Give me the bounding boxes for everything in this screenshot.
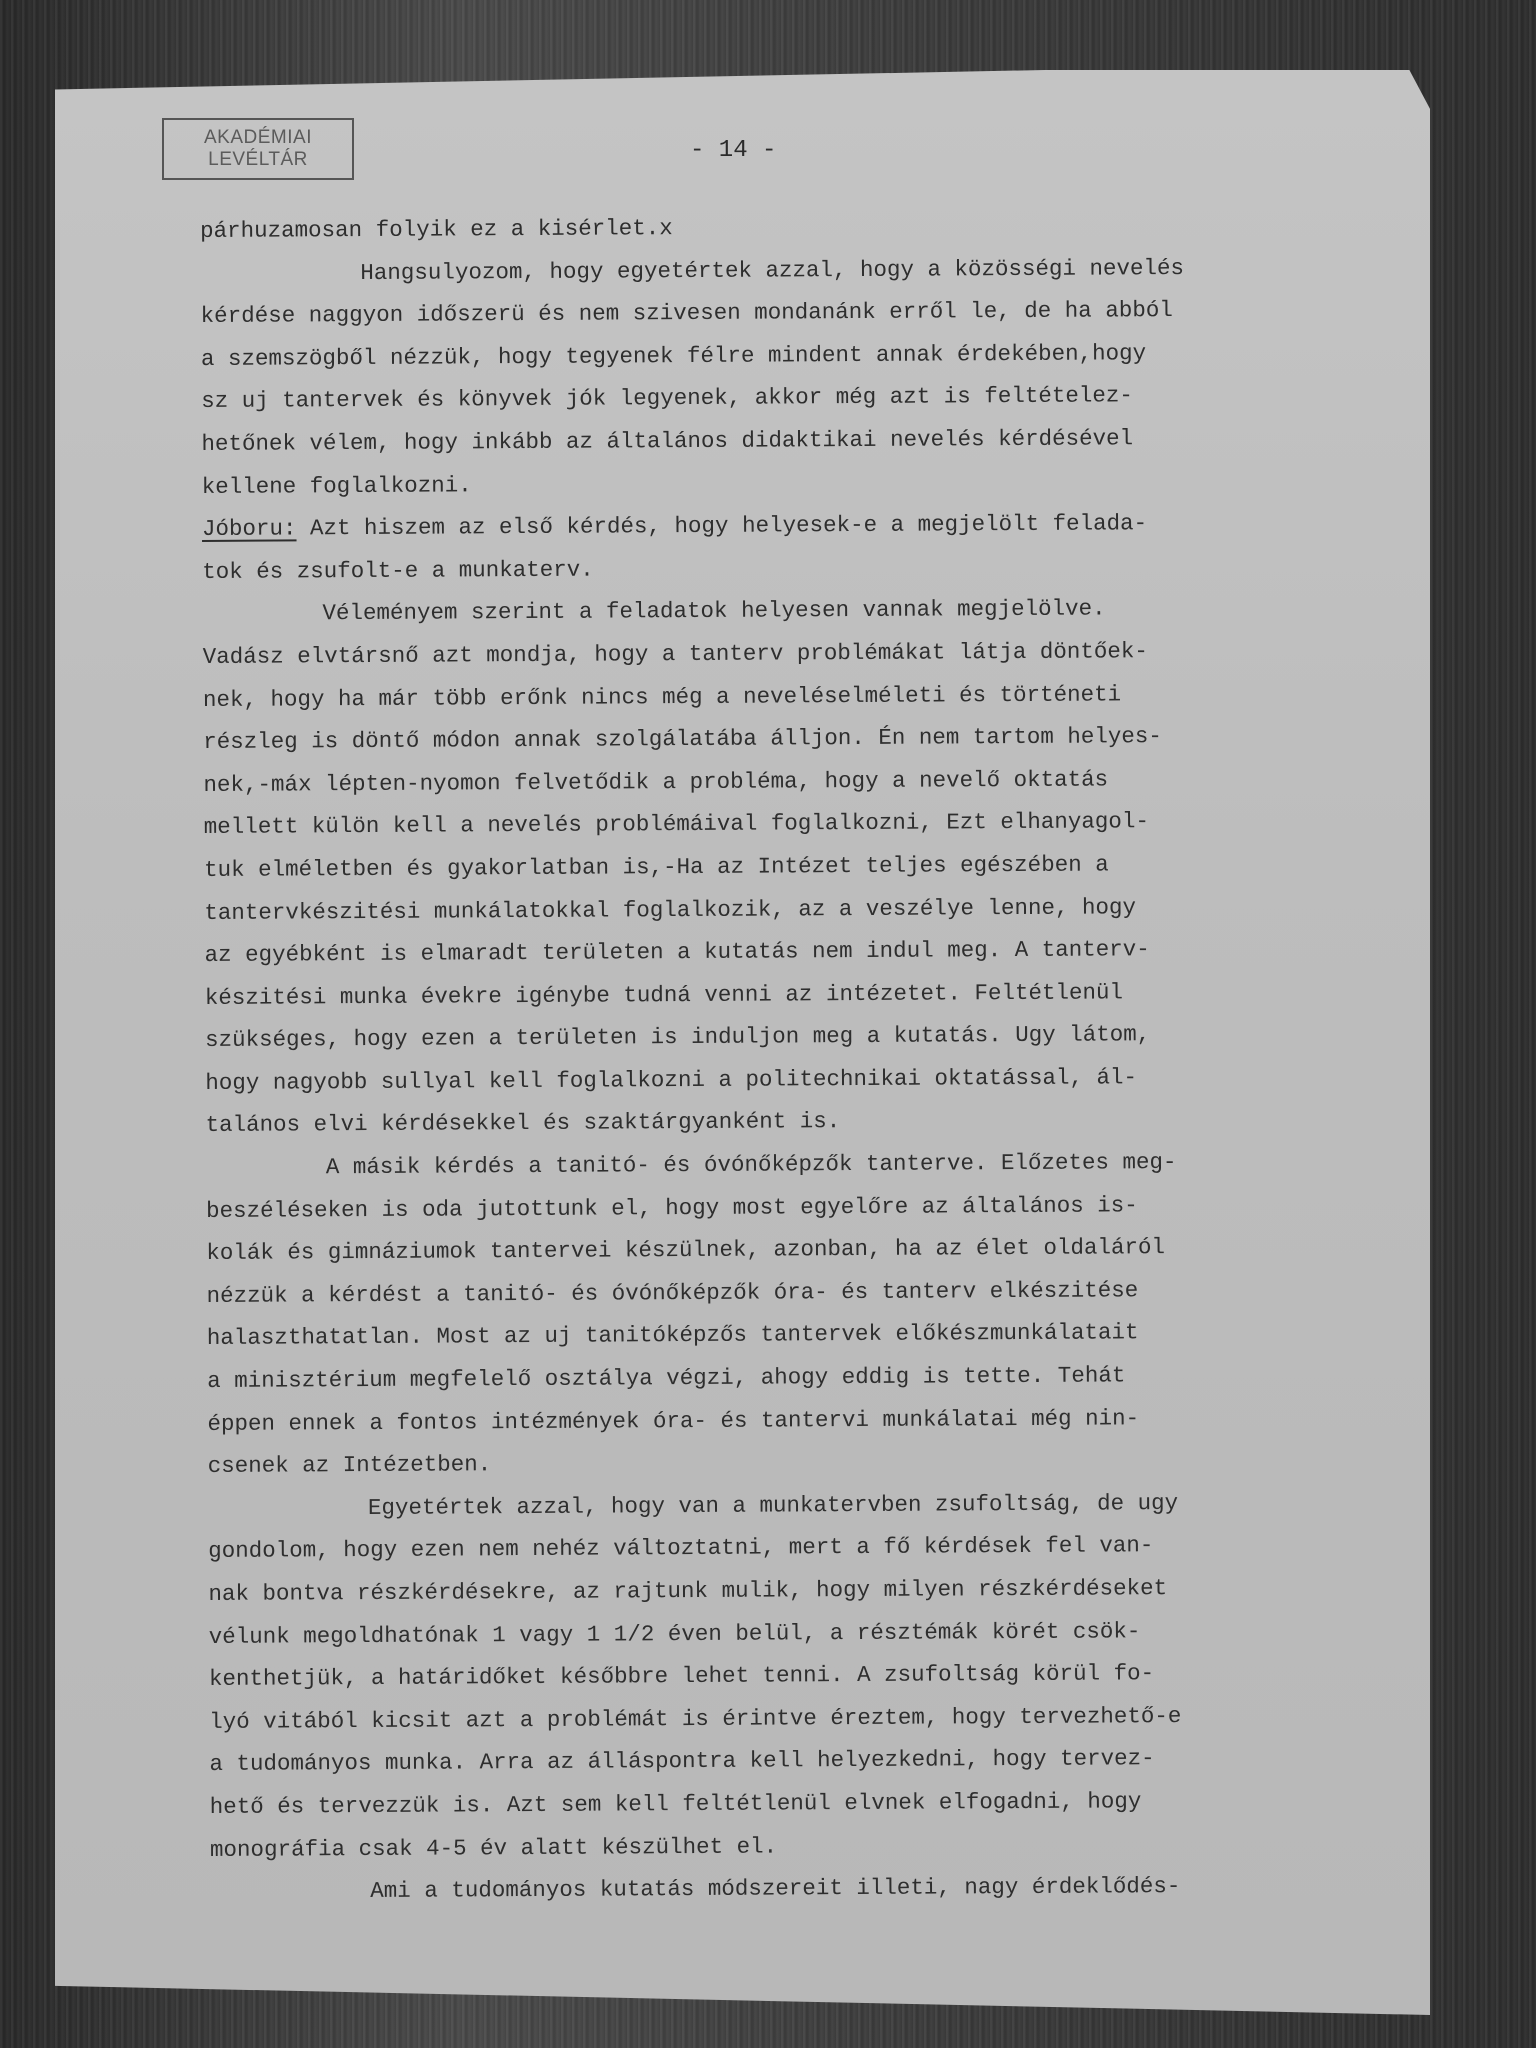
- text-line: kellene foglalkozni.: [202, 458, 1442, 508]
- speaker-name: Jóboru:: [202, 516, 297, 543]
- line-text: Ami a tudományos kutatás módszereit ille…: [370, 1873, 1180, 1904]
- text-line: az egyébként is elmaradt területen a kut…: [204, 927, 1444, 977]
- line-text: tok és zsufolt-e a munkaterv.: [202, 556, 594, 584]
- text-line: kolák és gimnáziumok tantervei készülnek…: [206, 1225, 1446, 1275]
- text-line: a tudományos munka. Arra az álláspontra …: [209, 1736, 1449, 1786]
- text-line: Jóboru: Azt hiszem az első kérdés, hogy …: [202, 501, 1442, 551]
- text-line: lyó vitából kicsit azt a problémát is ér…: [209, 1693, 1449, 1743]
- text-line: éppen ennek a fontos intézmények óra- és…: [207, 1395, 1447, 1445]
- line-text: a minisztérium megfelelő osztálya végzi,…: [207, 1362, 1125, 1394]
- line-text: beszéléseken is oda jutottunk el, hogy m…: [206, 1192, 1138, 1224]
- stamp-line-2: LEVÉLTÁR: [208, 149, 308, 171]
- text-line: csenek az Intézetben.: [208, 1438, 1448, 1488]
- line-text: tantervkészitési munkálatokkal foglalkoz…: [204, 894, 1136, 926]
- line-text: készitési munka évekre igénybe tudná ven…: [205, 979, 1123, 1011]
- text-line: nek, hogy ha már több erőnk nincs még a …: [203, 671, 1443, 721]
- text-line: talános elvi kérdésekkel és szaktárgyank…: [205, 1097, 1445, 1147]
- line-text: a tudományos munka. Arra az álláspontra …: [209, 1746, 1154, 1778]
- text-line: párhuzamosan folyik ez a kisérlet.x: [200, 202, 1440, 252]
- page-number: - 14 -: [690, 137, 776, 164]
- line-text: sz uj tantervek és könyvek jók legyenek,…: [201, 383, 1133, 415]
- line-text: gondolom, hogy ezen nem nehéz változtatn…: [208, 1533, 1153, 1565]
- line-text: a szemszögből nézzük, hogy tegyenek félr…: [201, 340, 1146, 372]
- line-text: nek, hogy ha már több erőnk nincs még a …: [203, 681, 1121, 713]
- line-text: kolák és gimnáziumok tantervei készülnek…: [206, 1234, 1165, 1266]
- line-text: mellett külön kell a nevelés problémáiva…: [204, 809, 1149, 841]
- text-line: hogy nagyobb sullyal kell foglalkozni a …: [205, 1054, 1445, 1104]
- text-line: kenthetjük, a határidőket későbbre lehet…: [209, 1651, 1449, 1701]
- line-text: szükséges, hogy ezen a területen is indu…: [205, 1021, 1150, 1053]
- line-text: kenthetjük, a határidőket későbbre lehet…: [209, 1660, 1154, 1692]
- text-line: hető és tervezzük is. Azt sem kell felté…: [210, 1778, 1450, 1828]
- text-line: Ami a tudományos kutatás módszereit ille…: [210, 1864, 1450, 1914]
- archive-stamp: AKADÉMIAI LEVÉLTÁR: [162, 118, 354, 180]
- line-text: Vadász elvtársnő azt mondja, hogy a tant…: [203, 638, 1148, 670]
- line-text: monográfia csak 4-5 év alatt készülhet e…: [210, 1833, 777, 1862]
- text-line: tantervkészitési munkálatokkal foglalkoz…: [204, 884, 1444, 934]
- text-line: nek,-máx lépten-nyomon felvetődik a prob…: [203, 756, 1443, 806]
- text-line: a minisztérium megfelelő osztálya végzi,…: [207, 1352, 1447, 1402]
- text-line: sz uj tantervek és könyvek jók legyenek,…: [201, 373, 1441, 423]
- text-line: tok és zsufolt-e a munkaterv.: [202, 543, 1442, 593]
- line-text: Véleményem szerint a feladatok helyesen …: [322, 596, 1105, 627]
- line-text: talános elvi kérdésekkel és szaktárgyank…: [206, 1109, 841, 1139]
- text-line: mellett külön kell a nevelés problémáiva…: [204, 799, 1444, 849]
- text-line: Vadász elvtársnő azt mondja, hogy a tant…: [203, 628, 1443, 678]
- text-line: Véleményem szerint a feladatok helyesen …: [202, 586, 1442, 636]
- line-text: csenek az Intézetben.: [208, 1451, 492, 1479]
- text-line: a szemszögből nézzük, hogy tegyenek félr…: [201, 330, 1441, 380]
- text-line: tuk elméletben és gyakorlatban is,-Ha az…: [204, 841, 1444, 891]
- text-line: beszéléseken is oda jutottunk el, hogy m…: [206, 1182, 1446, 1232]
- line-text: A másik kérdés a tanitó- és óvónőképzők …: [326, 1149, 1177, 1180]
- line-text: kérdése naggyon időszerü és nem szivesen…: [201, 297, 1173, 329]
- text-line: szükséges, hogy ezen a területen is indu…: [205, 1012, 1445, 1062]
- text-line: Egyetértek azzal, hogy van a munkatervbe…: [208, 1480, 1448, 1530]
- text-line: hetőnek vélem, hogy inkább az általános …: [201, 415, 1441, 465]
- line-text: lyó vitából kicsit azt a problémát is ér…: [209, 1703, 1181, 1735]
- line-text: éppen ennek a fontos intézmények óra- és…: [207, 1405, 1139, 1437]
- text-line: nak bontva részkérdésekre, az rajtunk mu…: [208, 1565, 1448, 1615]
- text-line: halaszthatatlan. Most az uj tanitóképzős…: [207, 1310, 1447, 1360]
- line-text: hogy nagyobb sullyal kell foglalkozni a …: [205, 1064, 1137, 1096]
- line-text: nézzük a kérdést a tanitó- és óvónőképző…: [207, 1277, 1139, 1309]
- text-line: Hangsulyozom, hogy egyetértek azzal, hog…: [200, 245, 1440, 295]
- text-line: kérdése naggyon időszerü és nem szivesen…: [201, 288, 1441, 338]
- line-text: az egyébként is elmaradt területen a kut…: [204, 936, 1149, 968]
- line-text: nak bontva részkérdésekre, az rajtunk mu…: [208, 1575, 1167, 1607]
- line-text: nek,-máx lépten-nyomon felvetődik a prob…: [203, 766, 1108, 798]
- line-text: tuk elméletben és gyakorlatban is,-Ha az…: [204, 851, 1109, 883]
- line-text: részleg is döntő módon annak szolgálatáb…: [203, 723, 1162, 755]
- text-line: A másik kérdés a tanitó- és óvónőképzők …: [206, 1139, 1446, 1189]
- line-text: Egyetértek azzal, hogy van a munkatervbe…: [368, 1490, 1178, 1521]
- line-text: Hangsulyozom, hogy egyetértek azzal, hog…: [360, 255, 1184, 286]
- line-text: hető és tervezzük is. Azt sem kell felté…: [210, 1788, 1142, 1820]
- line-text: vélunk megoldhatónak 1 vagy 1 1/2 éven b…: [209, 1618, 1141, 1650]
- text-line: készitési munka évekre igénybe tudná ven…: [205, 969, 1445, 1019]
- text-line: részleg is döntő módon annak szolgálatáb…: [203, 714, 1443, 764]
- text-line: nézzük a kérdést a tanitó- és óvónőképző…: [207, 1267, 1447, 1317]
- text-line: vélunk megoldhatónak 1 vagy 1 1/2 éven b…: [209, 1608, 1449, 1658]
- stamp-line-1: AKADÉMIAI: [204, 127, 312, 149]
- text-line: monográfia csak 4-5 év alatt készülhet e…: [210, 1821, 1450, 1871]
- line-text: Azt hiszem az első kérdés, hogy helyesek…: [296, 510, 1147, 541]
- text-line: gondolom, hogy ezen nem nehéz változtatn…: [208, 1523, 1448, 1573]
- line-text: kellene foglalkozni.: [202, 472, 472, 500]
- document-body: párhuzamosan folyik ez a kisérlet.xHangs…: [200, 202, 1450, 1913]
- line-text: hetőnek vélem, hogy inkább az általános …: [201, 425, 1133, 457]
- line-text: párhuzamosan folyik ez a kisérlet.x: [200, 215, 673, 244]
- line-text: halaszthatatlan. Most az uj tanitóképzős…: [207, 1320, 1139, 1352]
